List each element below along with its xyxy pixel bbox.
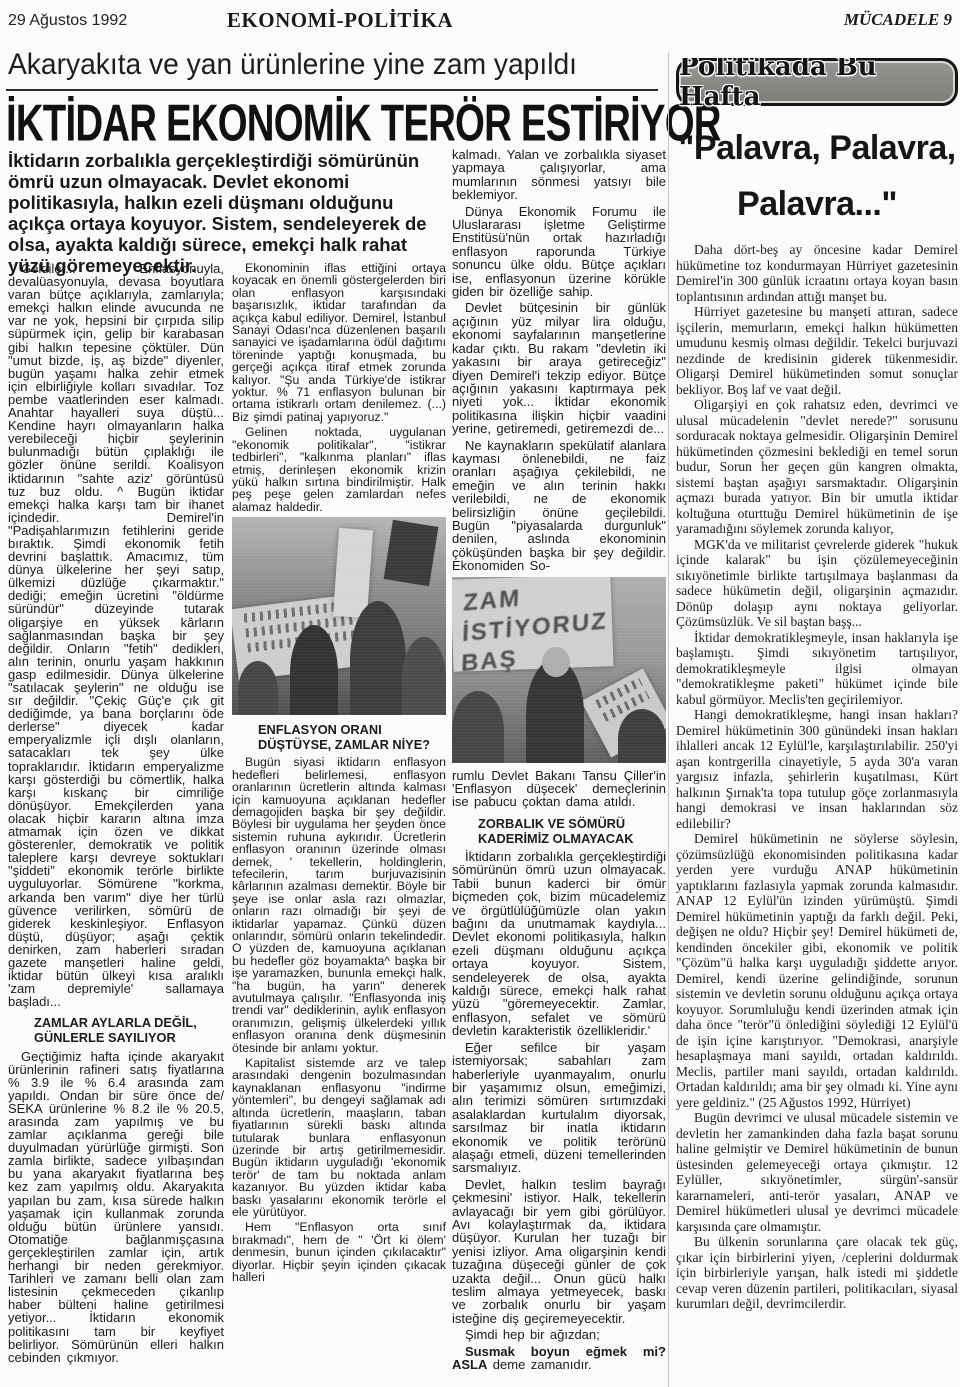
paragraph: Bugün siyasi iktidarın enflasyon hedefle… [232, 756, 446, 1054]
paragraph: Şimdi hep bir ağızdan; [452, 1328, 666, 1341]
column-3: kalmadı. Yalan ve zorbalıkla siyaset yap… [452, 148, 666, 1384]
sidebar-paragraph: İktidar demokratikleşmeyle, insan haklar… [676, 630, 958, 708]
paragraph: Gelinen noktada, uygulanan "ekonomik pol… [232, 426, 446, 513]
closing-rest: deme zamanıdır. [487, 1357, 591, 1372]
sidebar-paragraph: Oligarşiyi en çok rahatsız eden, devrimc… [676, 397, 958, 537]
subhead-enflasyon-orani: ENFLASYON ORANI DÜŞTÜYSE, ZAMLAR NİYE? [232, 722, 446, 752]
sidebar-paragraph: Demirel hükümetinin ne söylerse söylesin… [676, 831, 958, 1110]
sidebar-headline: "Palavra, Palavra, Palavra..." [676, 120, 958, 232]
paragraph: rumlu Devlet Bakanı Tansu Çiller'in 'Enf… [452, 769, 666, 809]
paragraph: Geçtiğimiz hafta içinde akaryakıt ürünle… [8, 1050, 224, 1364]
sidebar-paragraph: Daha dört-beş ay öncesine kadar Demirel … [676, 242, 958, 304]
column-divider-rule [668, 52, 669, 1387]
politikada-bu-hafta-badge: Politikada Bu Hafta [676, 58, 958, 106]
paragraph: Devlet, halkın teslim bayrağı çekmesini'… [452, 1178, 666, 1325]
paragraph: İktidarın zorbalıkla gerçekleştirdiği sö… [452, 850, 666, 1038]
subhead-zamlar-aylarla: ZAMLAR AYLARLA DEĞİL, GÜNLERLE SAYILIYOR [8, 1015, 224, 1045]
masthead-page-number: MÜCADELE 9 [844, 10, 952, 30]
article-lede: İktidarın zorbalıkla gerçekleştirdiği sö… [8, 150, 444, 276]
photo-grain [232, 517, 446, 715]
paragraph: Hem "Enflasyon orta sınıf bırakmadı", he… [232, 1221, 446, 1283]
paragraph: Eğer sefilce bir yaşam istemiyorsak; sab… [452, 1041, 666, 1175]
sidebar-paragraph: Bugün devrimci ve ulusal mücadele sistem… [676, 1110, 958, 1234]
paragraph: Devlet bütçesinin bir günlük açığının yü… [452, 301, 666, 435]
photo-grain [452, 577, 666, 763]
kicker-headline: Akaryakıta ve yan ürünlerine yine zam ya… [8, 48, 624, 82]
sidebar-body: Daha dört-beş ay öncesine kadar Demirel … [676, 242, 958, 1312]
sidebar-paragraph: MGK'da ve militarist çevrelerde giderek … [676, 537, 958, 630]
main-headline: İKTİDAR EKONOMİK TERÖR ESTİRİYOR [6, 94, 721, 153]
protest-photo-1 [232, 517, 446, 715]
newspaper-page: 29 Ağustos 1992 EKONOMİ-POLİTİKA MÜCADEL… [0, 0, 960, 1387]
closing-line: Susmak boyun eğmek mi? ASLA deme zamanıd… [452, 1345, 666, 1372]
protest-photo-2: ZAM İSTİYORUZ BAŞ [452, 577, 666, 763]
badge-label: Politikada Bu Hafta [679, 58, 955, 112]
sidebar-politikada-bu-hafta: Politikada Bu Hafta "Palavra, Palavra, P… [676, 58, 958, 1387]
paragraph: Kapitalist sistemde arz ve talep arasınd… [232, 1057, 446, 1218]
column-1: Geldiler... Enflasyonuyla, devalüasyonuy… [8, 262, 224, 1384]
headline-rule [6, 89, 658, 91]
sidebar-paragraph: Hangi demokratikleşme, hangi insan hakla… [676, 707, 958, 831]
section-title: EKONOMİ-POLİTİKA [0, 8, 680, 33]
paragraph: Ekonominin iflas ettiğini ortaya koyacak… [232, 262, 446, 423]
subhead-zorbalik-ve-somuru: ZORBALIK VE SÖMÜRÜ KADERİMİZ OLMAYACAK [452, 816, 666, 846]
paragraph: Dünya Ekonomik Forumu ile Uluslararası i… [452, 205, 666, 299]
sidebar-paragraph: Hürriyet gazetesine bu manşeti attıran, … [676, 304, 958, 397]
paragraph: kalmadı. Yalan ve zorbalıkla siyaset yap… [452, 148, 666, 202]
sidebar-paragraph: Bu ülkenin sorunlarına çare olacak tek g… [676, 1234, 958, 1312]
paragraph: Geldiler... Enflasyonuyla, devalüasyonuy… [8, 262, 224, 1008]
column-2: Ekonominin iflas ettiğini ortaya koyacak… [232, 262, 446, 1384]
paragraph: Ne kaynakların spekülatif alanlara kayma… [452, 439, 666, 573]
